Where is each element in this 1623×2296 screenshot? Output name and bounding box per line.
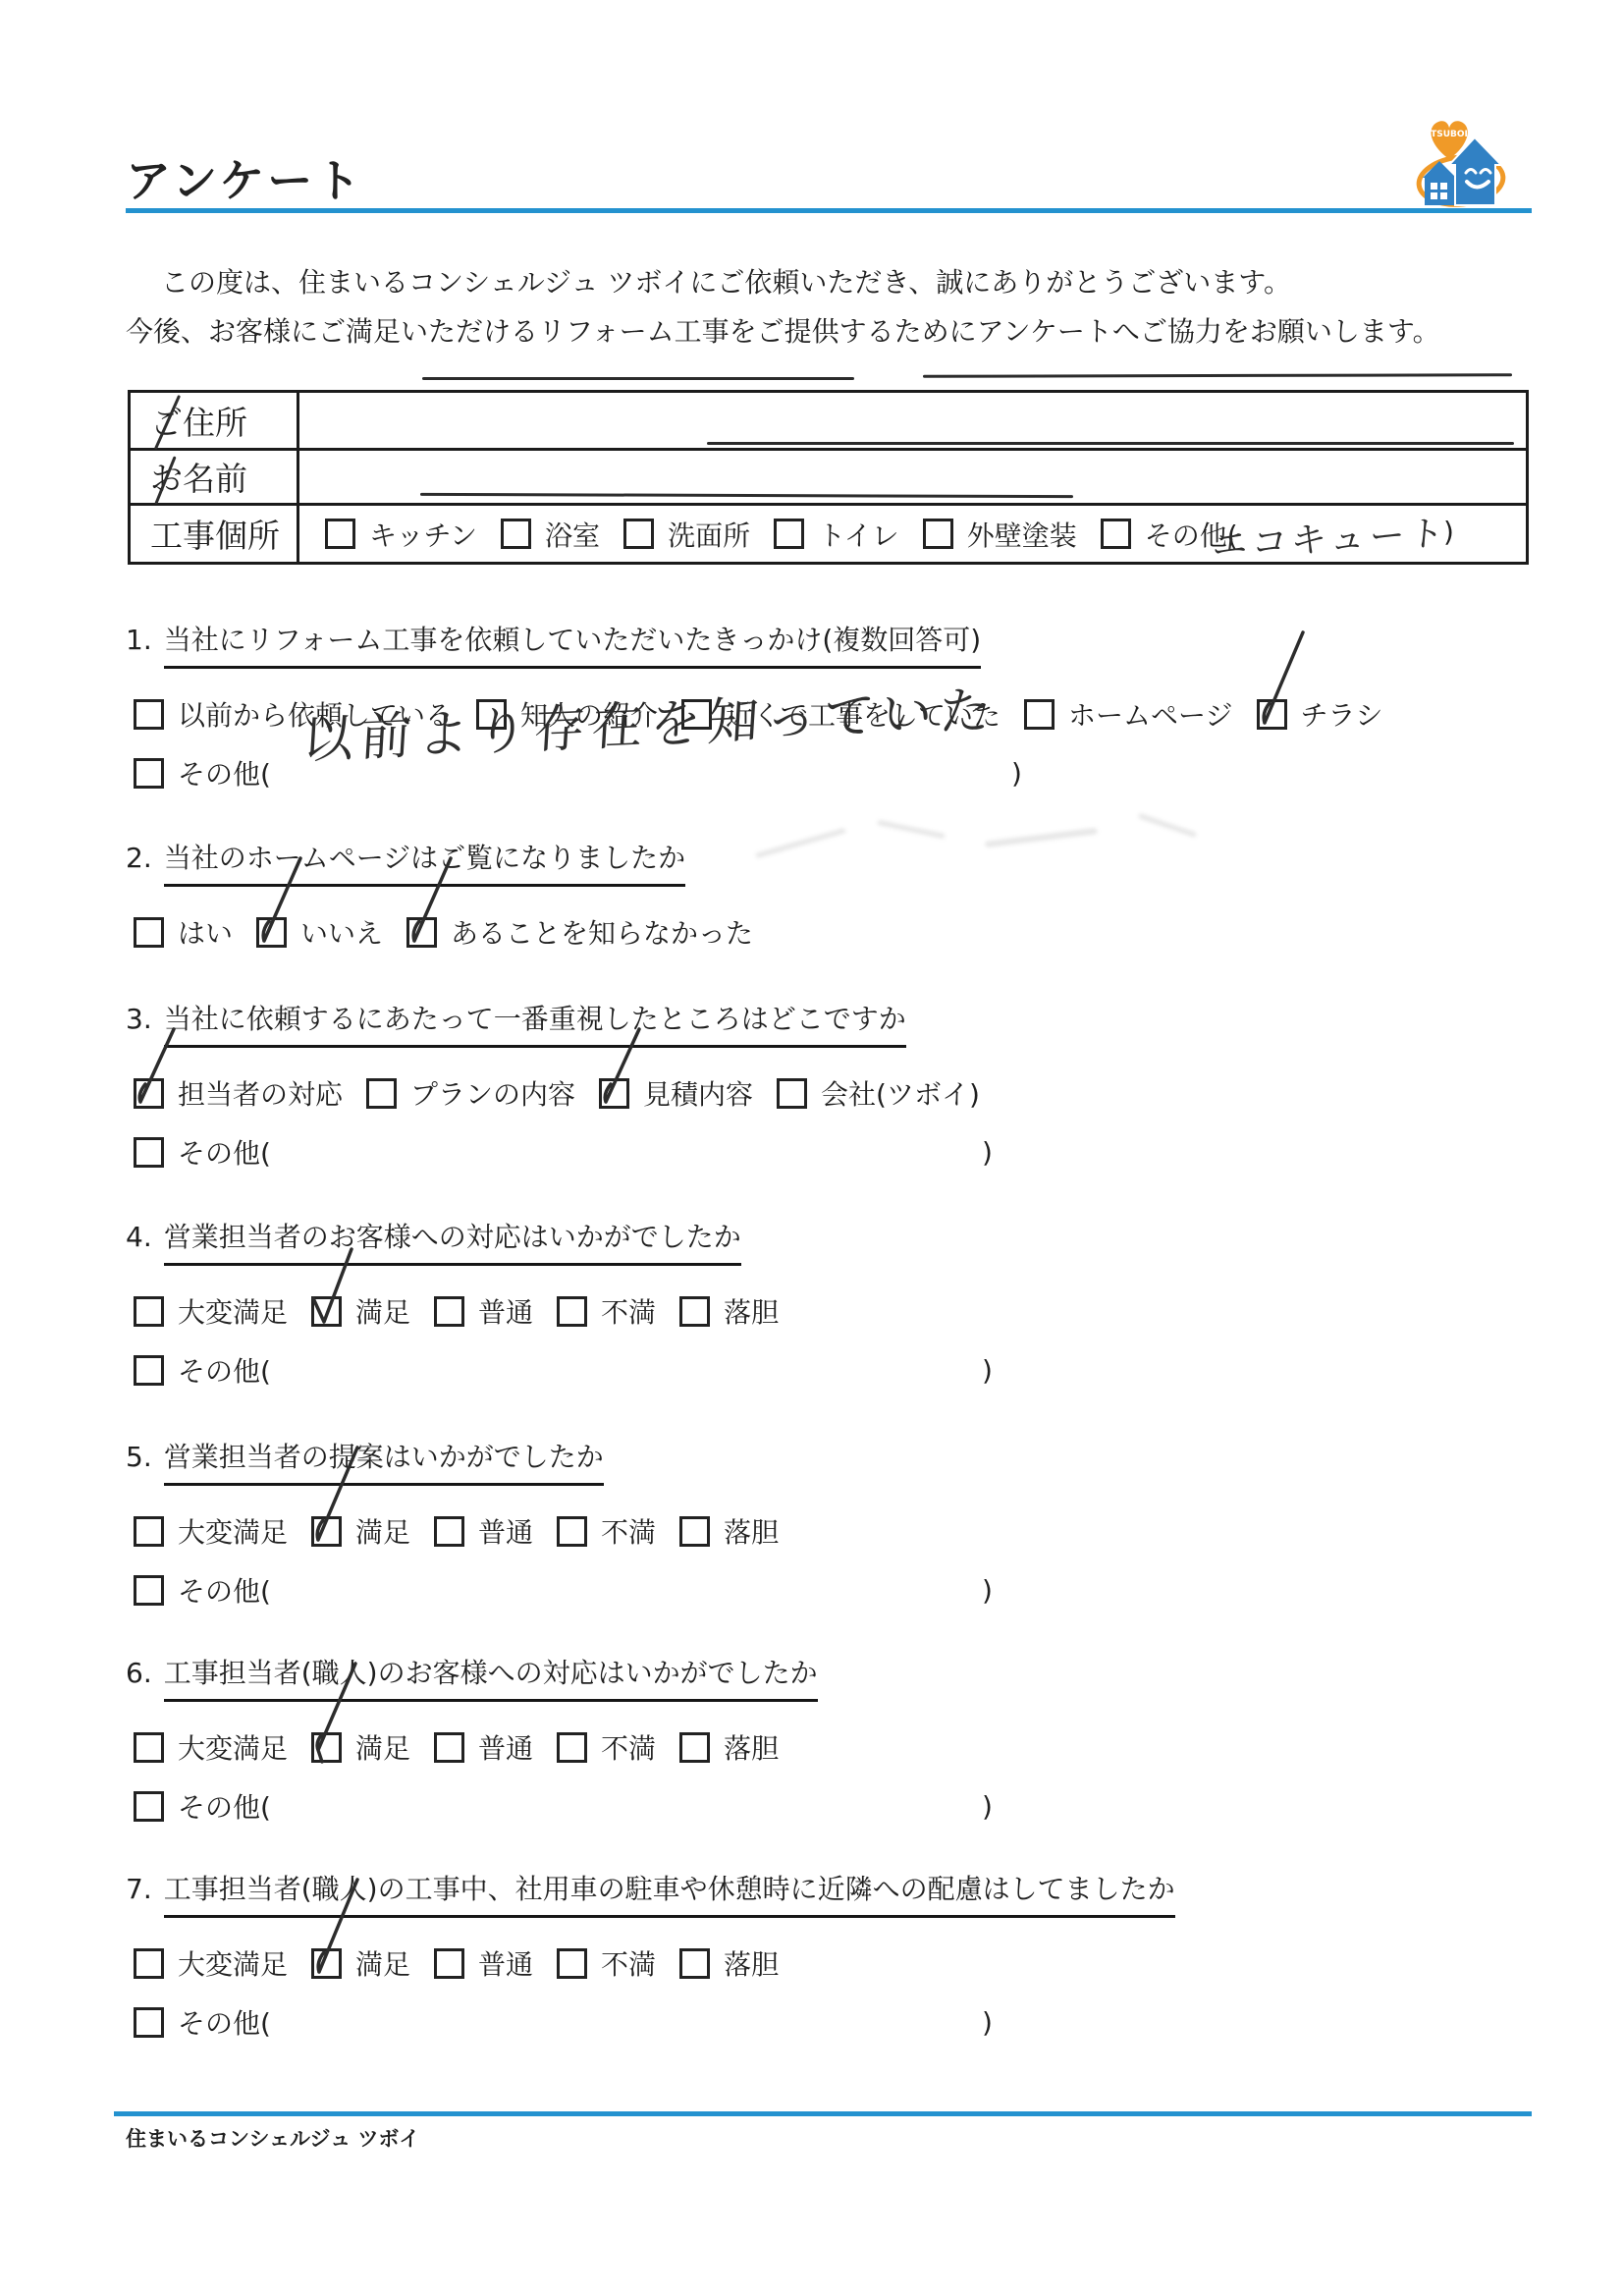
- checkbox[interactable]: [134, 1137, 164, 1168]
- work-location-label: 工事個所: [131, 506, 299, 562]
- option-other[interactable]: その他(: [134, 1350, 271, 1390]
- option-checked[interactable]: あることを知らなかった: [406, 912, 753, 952]
- table-row-address: ご住所: [131, 393, 1526, 448]
- question-7: 7.工事担当者(職人)の工事中、社用車の駐車や休憩時に近隣への配慮はしてましたか…: [126, 1868, 1540, 2042]
- other-row: その他( ): [126, 2002, 1540, 2042]
- options-row: 大変満足 満足 普通 不満 落胆: [126, 1943, 1540, 1983]
- checkbox-checked[interactable]: [406, 917, 437, 948]
- checkbox[interactable]: [134, 699, 164, 730]
- question-number: 5.: [126, 1441, 152, 1473]
- options-row: はい いいえ あることを知らなかった: [126, 912, 1540, 952]
- option[interactable]: ホームページ: [1024, 694, 1232, 734]
- checkbox[interactable]: [134, 1355, 164, 1386]
- checkbox-checked[interactable]: [134, 1078, 164, 1109]
- checkbox[interactable]: [134, 1516, 164, 1547]
- checkbox-checked[interactable]: [311, 1516, 342, 1547]
- checkbox[interactable]: [134, 1791, 164, 1822]
- other-row: その他( ): [126, 1786, 1540, 1826]
- option[interactable]: 普通: [434, 1943, 533, 1983]
- customer-info-table: ご住所 お名前 工事個所 キッチン 浴室 洗面所 トイレ 外壁塗装: [128, 390, 1529, 565]
- question-number: 2.: [126, 842, 152, 874]
- option-exterior-paint[interactable]: 外壁塗装: [923, 515, 1077, 554]
- close-paren: ): [982, 1354, 993, 1387]
- option[interactable]: 大変満足: [134, 1291, 288, 1331]
- checkmark-icon: [402, 854, 460, 953]
- options-row: 大変満足 満足 普通 不満 落胆: [126, 1291, 1540, 1331]
- option-other[interactable]: その他(: [134, 2002, 271, 2042]
- checkbox[interactable]: [679, 1948, 710, 1979]
- question-number: 4.: [126, 1221, 152, 1253]
- name-field[interactable]: [299, 451, 1526, 503]
- scan-artifact: [923, 373, 1512, 378]
- checkbox[interactable]: [777, 1078, 807, 1109]
- option-other[interactable]: その他(: [134, 753, 271, 793]
- checkmark-icon: [306, 1241, 361, 1332]
- other-row: その他( ): [126, 1570, 1540, 1610]
- option[interactable]: 落胆: [679, 1291, 779, 1331]
- checkmark-icon: [129, 1025, 188, 1114]
- options-row: 大変満足 満足 普通 不満 落胆: [126, 1511, 1540, 1551]
- checkbox[interactable]: [501, 519, 531, 549]
- checkbox[interactable]: [134, 758, 164, 789]
- checkbox[interactable]: [623, 519, 654, 549]
- table-row-name: お名前: [131, 448, 1526, 503]
- question-4: 4.営業担当者のお客様への対応はいかがでしたか 大変満足 満足 普通 不満 落胆…: [126, 1216, 1540, 1390]
- checkmark-icon: [594, 1025, 653, 1114]
- checkbox[interactable]: [679, 1296, 710, 1327]
- logo-text: TSUBOI: [1431, 130, 1468, 139]
- question-5: 5.営業担当者の提案はいかがでしたか 大変満足 満足 普通 不満 落胆 その他(…: [126, 1436, 1540, 1610]
- option-checked[interactable]: 満足: [311, 1943, 410, 1983]
- option-checked[interactable]: 担当者の対応: [134, 1073, 343, 1113]
- option[interactable]: 不満: [557, 1943, 656, 1983]
- option-bathroom[interactable]: 浴室: [501, 515, 600, 554]
- close-paren: ): [1011, 757, 1022, 790]
- option-other[interactable]: その他(: [134, 1786, 271, 1826]
- checkbox-checked[interactable]: [256, 917, 287, 948]
- checkbox[interactable]: [923, 519, 953, 549]
- option-other[interactable]: その他(: [134, 1132, 271, 1172]
- question-title: 3.当社に依頼するにあたって一番重視したところはどこですか: [126, 998, 1540, 1048]
- other-row: その他( ): [126, 1132, 1540, 1172]
- option[interactable]: 普通: [434, 1291, 533, 1331]
- intro-line-2: 今後、お客様にご満足いただけるリフォーム工事をご提供するためにアンケートへご協力…: [126, 310, 1440, 350]
- checkbox[interactable]: [434, 1948, 464, 1979]
- checkbox[interactable]: [134, 1575, 164, 1606]
- question-3: 3.当社に依頼するにあたって一番重視したところはどこですか 担当者の対応 プラン…: [126, 998, 1540, 1172]
- checkbox[interactable]: [134, 917, 164, 948]
- checkbox[interactable]: [434, 1732, 464, 1763]
- checkbox[interactable]: [134, 2007, 164, 2038]
- scan-artifact: [422, 377, 854, 380]
- option-checked[interactable]: 見積内容: [599, 1073, 753, 1113]
- option[interactable]: 落胆: [679, 1727, 779, 1767]
- close-paren: ): [1443, 516, 1454, 548]
- checkmark-icon: [306, 1876, 365, 1984]
- question-6: 6.工事担当者(職人)のお客様への対応はいかがでしたか 大変満足 満足 普通 不…: [126, 1652, 1540, 1826]
- options-row: 大変満足 満足 普通 不満 落胆: [126, 1727, 1540, 1767]
- table-row-work-location: 工事個所 キッチン 浴室 洗面所 トイレ 外壁塗装 その他( エコキュート ): [131, 503, 1526, 562]
- option-kitchen[interactable]: キッチン: [325, 515, 477, 554]
- question-2: 2.当社のホームページはご覧になりましたか はい いいえ あることを知らなかった: [126, 837, 1540, 952]
- checkmark-icon: [1252, 629, 1311, 735]
- option-checked[interactable]: 満足: [311, 1291, 410, 1331]
- tsuboi-logo: TSUBOI: [1412, 114, 1510, 212]
- close-paren: ): [982, 1574, 993, 1607]
- checkbox[interactable]: [774, 519, 804, 549]
- scan-show-through-smudge: [754, 807, 1225, 901]
- option[interactable]: 落胆: [679, 1511, 779, 1551]
- option-toilet[interactable]: トイレ: [774, 515, 899, 554]
- option[interactable]: はい: [134, 912, 233, 952]
- question-number: 7.: [126, 1873, 152, 1905]
- address-field[interactable]: [299, 393, 1526, 448]
- work-location-options: キッチン 浴室 洗面所 トイレ 外壁塗装 その他( エコキュート ): [299, 506, 1526, 562]
- footer-accent-rule: [114, 2111, 1532, 2116]
- option[interactable]: プランの内容: [366, 1073, 575, 1113]
- option-checked[interactable]: チラシ: [1257, 694, 1383, 734]
- checkbox[interactable]: [325, 519, 355, 549]
- option[interactable]: 不満: [557, 1727, 656, 1767]
- checkbox[interactable]: [434, 1296, 464, 1327]
- checkbox-checked[interactable]: [311, 1732, 342, 1763]
- checkbox-checked[interactable]: [311, 1296, 342, 1327]
- option-other[interactable]: その他(: [134, 1570, 271, 1610]
- checkmark-icon: [306, 1444, 365, 1552]
- option[interactable]: 大変満足: [134, 1511, 288, 1551]
- scanned-survey-page: アンケート TSUBOI この度は、住まいるコンシェルジュ ツボイにご依頼いただ…: [0, 0, 1623, 2296]
- option-checked[interactable]: 満足: [311, 1511, 410, 1551]
- checkbox[interactable]: [557, 1296, 587, 1327]
- question-title: 1.当社にリフォーム工事を依頼していただいたきっかけ(複数回答可): [126, 619, 1540, 669]
- intro-line-1: この度は、住まいるコンシェルジュ ツボイにご依頼いただき、誠にありがとうございま…: [161, 261, 1291, 301]
- checkbox-checked[interactable]: [311, 1948, 342, 1979]
- question-1: 1.当社にリフォーム工事を依頼していただいたきっかけ(複数回答可) 以前から依頼…: [126, 619, 1540, 793]
- option-washroom[interactable]: 洗面所: [623, 515, 750, 554]
- options-row: 担当者の対応 プランの内容 見積内容 会社(ツボイ): [126, 1073, 1540, 1113]
- checkbox[interactable]: [134, 1948, 164, 1979]
- checkbox[interactable]: [434, 1516, 464, 1547]
- checkbox[interactable]: [134, 1296, 164, 1327]
- option[interactable]: 落胆: [679, 1943, 779, 1983]
- checkmark-icon: [306, 1660, 365, 1768]
- option[interactable]: 普通: [434, 1727, 533, 1767]
- close-paren: ): [982, 2006, 993, 2039]
- close-paren: ): [982, 1790, 993, 1823]
- checkbox[interactable]: [557, 1948, 587, 1979]
- title-accent-rule: [126, 208, 1532, 213]
- name-label: お名前: [131, 451, 299, 503]
- checkbox[interactable]: [679, 1732, 710, 1763]
- question-number: 6.: [126, 1657, 152, 1689]
- checkbox[interactable]: [557, 1732, 587, 1763]
- checkbox[interactable]: [366, 1078, 397, 1109]
- checkbox[interactable]: [1101, 519, 1131, 549]
- option[interactable]: 不満: [557, 1511, 656, 1551]
- question-number: 1.: [126, 624, 152, 656]
- option-checked[interactable]: いいえ: [256, 912, 383, 952]
- address-label: ご住所: [131, 393, 299, 448]
- checkbox[interactable]: [1024, 699, 1055, 730]
- other-row: その他( ): [126, 1350, 1540, 1390]
- checkbox[interactable]: [134, 1732, 164, 1763]
- option[interactable]: 大変満足: [134, 1943, 288, 1983]
- checkbox-checked[interactable]: [1257, 699, 1287, 730]
- checkbox-checked[interactable]: [599, 1078, 629, 1109]
- checkbox[interactable]: [679, 1516, 710, 1547]
- option[interactable]: 普通: [434, 1511, 533, 1551]
- close-paren: ): [982, 1136, 993, 1169]
- footer-company-name: 住まいるコンシェルジュ ツボイ: [126, 2123, 419, 2153]
- option[interactable]: 大変満足: [134, 1727, 288, 1767]
- page-title: アンケート: [126, 145, 363, 210]
- checkmark-icon: [251, 854, 310, 953]
- option[interactable]: 不満: [557, 1291, 656, 1331]
- option[interactable]: 会社(ツボイ): [777, 1073, 980, 1113]
- option-checked[interactable]: 満足: [311, 1727, 410, 1767]
- checkbox[interactable]: [557, 1516, 587, 1547]
